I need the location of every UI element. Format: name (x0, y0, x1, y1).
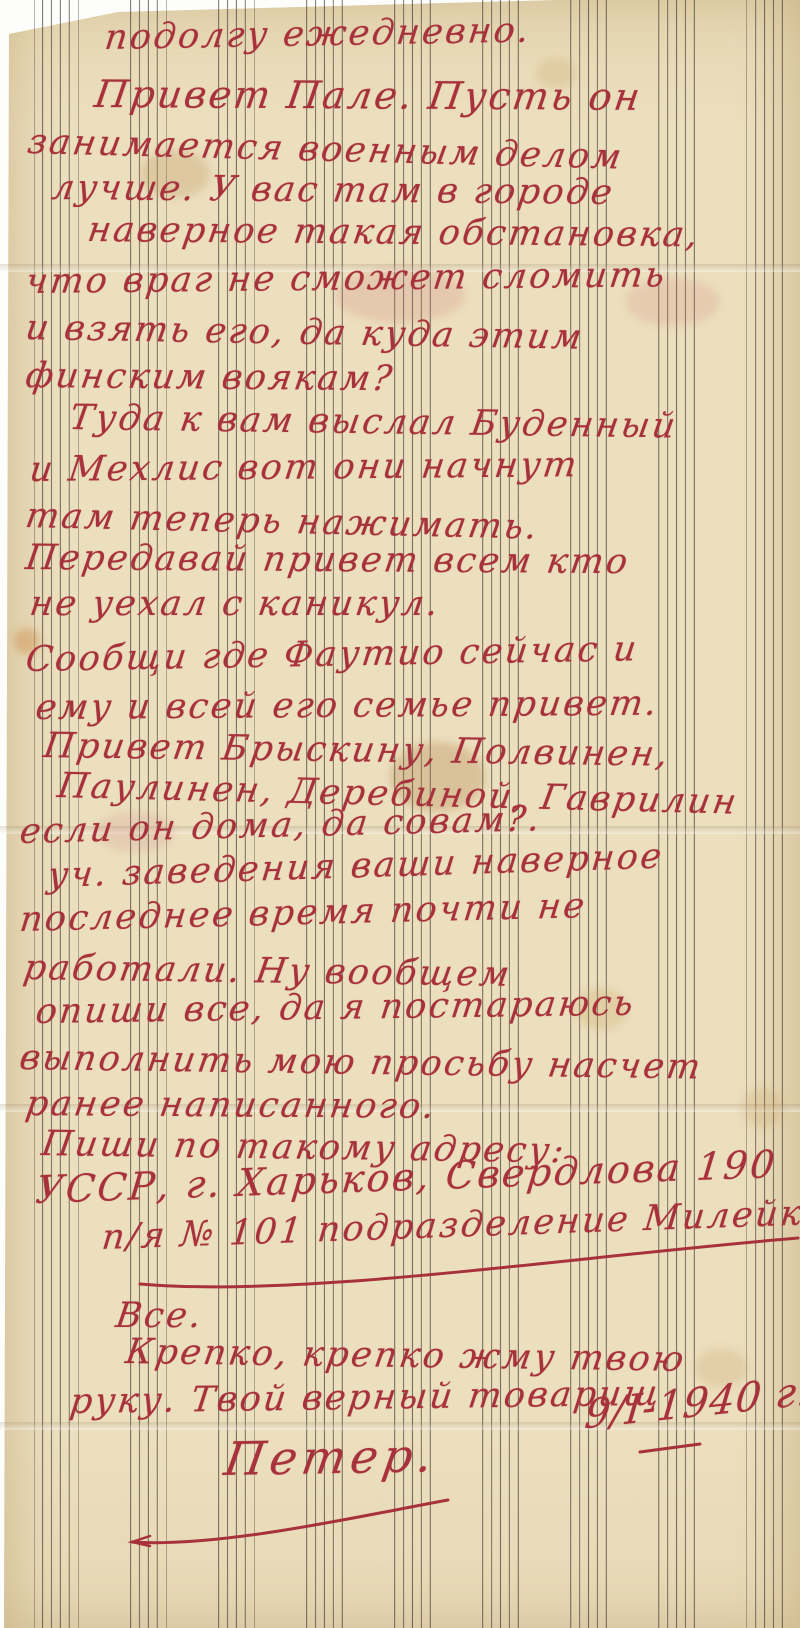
letter-line: Передавай привет всем кто (23, 538, 633, 582)
letter-line: Крепко, крепко жму твою (123, 1332, 689, 1380)
letter-line: и Мехлис вот они начнут (27, 445, 581, 490)
letter-scan: подолгу ежедневно. Привет Пале. Пусть он… (0, 0, 800, 1628)
signature: Петер. (221, 1428, 442, 1486)
letter-line: подолгу ежедневно. (103, 11, 534, 59)
letter-line: опиши все, да я постараюсь (33, 984, 637, 1032)
stain (742, 1088, 784, 1128)
letter-line: лучше. У вас там в городе (49, 168, 617, 213)
letter-line: ранее написанного. (23, 1084, 439, 1127)
letter-line: руку. Твой верный товарищ (67, 1374, 663, 1422)
letter-line: Все. (113, 1296, 206, 1336)
letter-line: Туда к вам выслал Буденный (67, 398, 680, 446)
letter-line: не уехал с каникул. (27, 584, 443, 624)
letter-line: что враг не сможет сломить (23, 255, 669, 302)
letter-line: финским воякам? (23, 356, 397, 399)
letter-line: ему и всей его семье привет. (33, 684, 661, 728)
letter-line: наверное такая обстановка, (85, 210, 703, 255)
letter-line: Привет Пале. Пусть он (92, 72, 645, 119)
